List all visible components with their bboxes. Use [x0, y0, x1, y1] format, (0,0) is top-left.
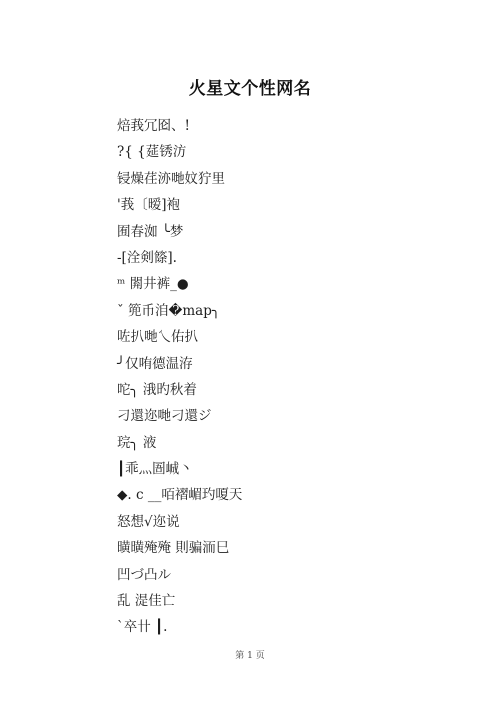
list-item: 囿春洳 ╰梦 — [117, 219, 242, 245]
list-item: `卒卄 ┃. — [117, 614, 242, 640]
list-item: 锓燥荏洂哋妏狞里 — [117, 166, 242, 192]
list-item: 咜╮ 涐旳秋着 — [117, 377, 242, 403]
list-item: 刁還迩哋刁還ジ — [117, 403, 242, 429]
list-item: 曂曂殗殗 則骗洏巳 — [117, 535, 242, 561]
list-item: ᵐ 閞井裤_● — [117, 271, 242, 297]
list-item: ┃乖灬圄峸丶 — [117, 456, 242, 482]
list-item: 咗扒哋乀佑扒 — [117, 324, 242, 350]
list-item: -[洤剣篨]. — [117, 245, 242, 271]
list-item: '莪〔暧]袍 — [117, 192, 242, 218]
document-page: 火星文个性网名 焙莪冗囵、! ?{ {莚锈汸 锓燥荏洂哋妏狞里 '莪〔暧]袍 囿… — [0, 0, 500, 708]
nickname-list: 焙莪冗囵、! ?{ {莚锈汸 锓燥荏洂哋妏狞里 '莪〔暧]袍 囿春洳 ╰梦 -[… — [117, 113, 242, 641]
list-item: ╯仅哊德温洊 — [117, 351, 242, 377]
list-item: ˇ 篼币洎�map╮ — [117, 298, 242, 324]
page-number: 第 1 页 — [0, 648, 500, 661]
list-item: ◆. c __咟褶嵋玓嗄天 — [117, 482, 242, 508]
list-item: ?{ {莚锈汸 — [117, 139, 242, 165]
list-item: 琓╮ 液 — [117, 430, 242, 456]
list-item: 焙莪冗囵、! — [117, 113, 242, 139]
page-title: 火星文个性网名 — [0, 74, 500, 99]
list-item: 凹づ凸ル — [117, 562, 242, 588]
list-item: 怒想√迩说 — [117, 509, 242, 535]
list-item: 乱 湜佳亡 — [117, 588, 242, 614]
